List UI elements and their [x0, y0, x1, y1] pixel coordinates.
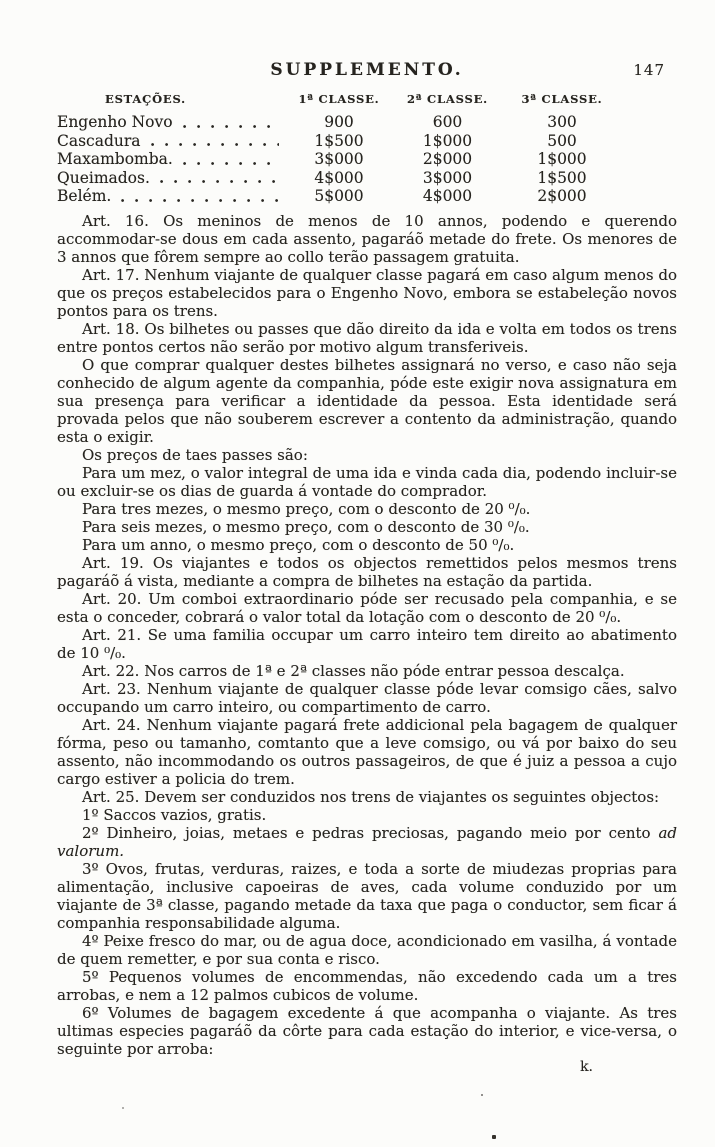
paragraph-pass-1-month: Para um mez, o valor integral de uma ida… — [57, 464, 677, 500]
paragraph-art-22: Art. 22. Nos carros de 1ª e 2ª classes n… — [57, 662, 677, 680]
fare-value: 300 — [506, 113, 618, 132]
paragraph-pass-1-year: Para um anno, o mesmo preço, com o desco… — [57, 536, 677, 554]
scanned-page: SUPPLEMENTO. 147 ESTAÇÕES. 1ª CLASSE. 2ª… — [0, 0, 715, 1147]
paragraph-art-23: Art. 23. Nenhum viajante de qualquer cla… — [57, 680, 677, 716]
page-title: SUPPLEMENTO. — [57, 60, 677, 80]
fare-table: ESTAÇÕES. 1ª CLASSE. 2ª CLASSE. 3ª CLASS… — [57, 92, 677, 206]
fare-value: 1$000 — [389, 132, 506, 151]
fare-value: 600 — [389, 113, 506, 132]
column-header-1st-class: 1ª CLASSE. — [289, 92, 389, 106]
fare-value: 5$000 — [289, 187, 389, 206]
paragraph-art-21: Art. 21. Se uma familia occupar um carro… — [57, 626, 677, 662]
table-row-maxambomba: Maxambomba. 3$000 2$000 1$000 — [57, 150, 677, 169]
catchword: k. — [57, 1059, 677, 1075]
paragraph-art-25: Art. 25. Devem ser conduzidos nos trens … — [57, 788, 677, 806]
page-number: 147 — [633, 61, 665, 79]
station-name: Engenho Novo — [57, 113, 173, 132]
table-row-engenho-novo: Engenho Novo 900 600 300 — [57, 113, 677, 132]
dot-leader — [151, 143, 279, 146]
fare-value: 1$000 — [506, 150, 618, 169]
page-header: SUPPLEMENTO. 147 — [57, 60, 677, 82]
fare-value: 900 — [289, 113, 389, 132]
fare-value: 3$000 — [289, 150, 389, 169]
column-header-2nd-class: 2ª CLASSE. — [389, 92, 506, 106]
fare-value: 1$500 — [289, 132, 389, 151]
fare-value: 500 — [506, 132, 618, 151]
paragraph-item-6: 6º Volumes de bagagem excedente á que ac… — [57, 1004, 677, 1058]
fare-value: 4$000 — [289, 169, 389, 188]
paragraph-passes-intro: Os preços de taes passes são: — [57, 446, 677, 464]
paragraph-art-18-cont: O que comprar qualquer destes bilhetes a… — [57, 356, 677, 446]
paragraph-art-20: Art. 20. Um comboi extraordinario póde s… — [57, 590, 677, 626]
fare-value: 2$000 — [389, 150, 506, 169]
station-name: Queimados. — [57, 169, 150, 188]
dot-leader — [121, 199, 279, 202]
paragraph-art-18: Art. 18. Os bilhetes ou passes que dão d… — [57, 320, 677, 356]
dot-leader — [160, 180, 279, 183]
column-header-stations: ESTAÇÕES. — [57, 92, 289, 106]
station-name: Cascadura — [57, 132, 141, 151]
paragraph-pass-3-months: Para tres mezes, o mesmo preço, com o de… — [57, 500, 677, 518]
paragraph-pass-6-months: Para seis mezes, o mesmo preço, com o de… — [57, 518, 677, 536]
paragraph-item-5: 5º Pequenos volumes de encommendas, não … — [57, 968, 677, 1004]
fare-value: 4$000 — [389, 187, 506, 206]
table-row-queimados: Queimados. 4$000 3$000 1$500 — [57, 169, 677, 188]
paragraph-item-2-text: 2º Dinheiro, joias, metaes e pedras prec… — [82, 824, 651, 842]
station-name: Belém. — [57, 187, 111, 206]
paragraph-item-3: 3º Ovos, frutas, verduras, raizes, e tod… — [57, 860, 677, 932]
article-text: Art. 16. Os meninos de menos de 10 annos… — [57, 212, 677, 1058]
paragraph-item-1: 1º Saccos vazios, gratis. — [57, 806, 677, 824]
scan-speck — [492, 1135, 496, 1139]
table-row-cascadura: Cascadura 1$500 1$000 500 — [57, 132, 677, 151]
fare-value: 3$000 — [389, 169, 506, 188]
scan-speck — [481, 1094, 483, 1096]
fare-value: 2$000 — [506, 187, 618, 206]
dot-leader — [183, 162, 279, 165]
station-name: Maxambomba. — [57, 150, 173, 169]
paragraph-art-17: Art. 17. Nenhum viajante de qualquer cla… — [57, 266, 677, 320]
paragraph-item-4: 4º Peixe fresco do mar, ou de agua doce,… — [57, 932, 677, 968]
table-row-belem: Belém. 5$000 4$000 2$000 — [57, 187, 677, 206]
paragraph-art-16: Art. 16. Os meninos de menos de 10 annos… — [57, 212, 677, 266]
paragraph-art-19: Art. 19. Os viajantes e todos os objecto… — [57, 554, 677, 590]
paragraph-item-2: 2º Dinheiro, joias, metaes e pedras prec… — [57, 824, 677, 860]
column-header-3rd-class: 3ª CLASSE. — [506, 92, 618, 106]
scan-speck — [122, 1107, 124, 1109]
fare-value: 1$500 — [506, 169, 618, 188]
paragraph-art-24: Art. 24. Nenhum viajante pagará frete ad… — [57, 716, 677, 788]
dot-leader — [183, 125, 279, 128]
table-header-row: ESTAÇÕES. 1ª CLASSE. 2ª CLASSE. 3ª CLASS… — [57, 92, 677, 106]
